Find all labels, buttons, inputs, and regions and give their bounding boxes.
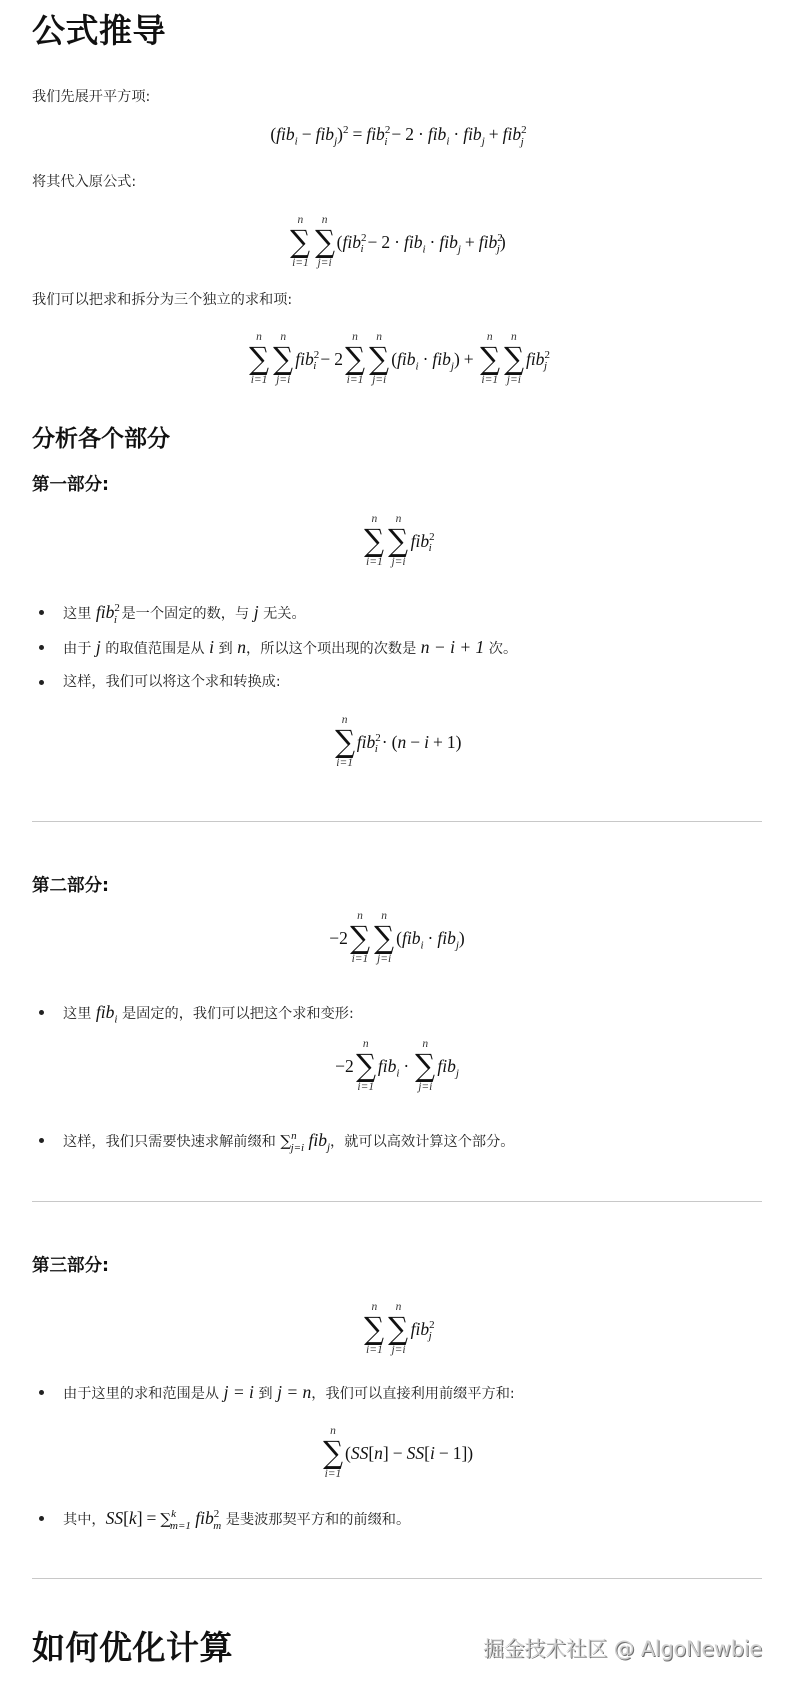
paragraph-split: 我们可以把求和拆分为三个独立的求和项: [32, 289, 292, 311]
bullet-dot-icon [39, 1010, 44, 1015]
formula-part2: −2 n∑i=1 n∑j=i (fibi·fibj) [32, 910, 762, 966]
paragraph-expand: 我们先展开平方项: [32, 86, 150, 108]
paragraph-substitute: 将其代入原公式: [32, 171, 136, 193]
bullet-dot-icon [39, 1390, 44, 1395]
bullet-dot-icon [39, 680, 44, 685]
formula-three-sums: n∑i=1 n∑j=i fib2i−2 n∑i=1 n∑j=i (fibi·fi… [32, 324, 762, 387]
divider [32, 821, 762, 822]
bullet-dot-icon [39, 645, 44, 650]
heading-derivation: 公式推导 [32, 11, 166, 51]
bullet-dot-icon [39, 1138, 44, 1143]
bullet-dot-icon [39, 610, 44, 615]
heading-analysis: 分析各个部分 [32, 424, 170, 454]
formula-part1-transformed: n∑i=1 fib2i·(n−i+1) [32, 707, 762, 770]
formula-part2-factored: −2 n∑i=1 fibi· n∑j=i fibj [32, 1038, 762, 1094]
divider [32, 1201, 762, 1202]
watermark: 掘金技术社区 @ AlgoNewbie [483, 1633, 762, 1663]
formula-prefix-square-sum: n∑i=1 (SS[n]−SS[i−1]) [32, 1418, 762, 1481]
formula-part3: n∑i=1 n∑j=i fib2j [32, 1294, 762, 1357]
heading-part2: 第二部分: [32, 874, 109, 898]
bullet-dot-icon [39, 1516, 44, 1521]
sum-symbol-j: n∑j=i [314, 214, 336, 270]
heading-part1: 第一部分: [32, 473, 109, 497]
heading-part3: 第三部分: [32, 1254, 109, 1278]
formula-part1: n∑i=1 n∑j=i fib2i [32, 506, 762, 569]
sum-symbol-i: n∑i=1 [289, 214, 311, 270]
divider [32, 1578, 762, 1579]
formula-square-expansion: (fibi−fibj)2=fib2i−2·fibi·fibj+fib2j [32, 124, 762, 145]
formula-double-sum-expanded: n∑i=1 n∑j=i (fib2i−2·fibi·fibj+fib2j) [32, 207, 762, 270]
heading-optimize: 如何优化计算 [32, 1628, 233, 1668]
